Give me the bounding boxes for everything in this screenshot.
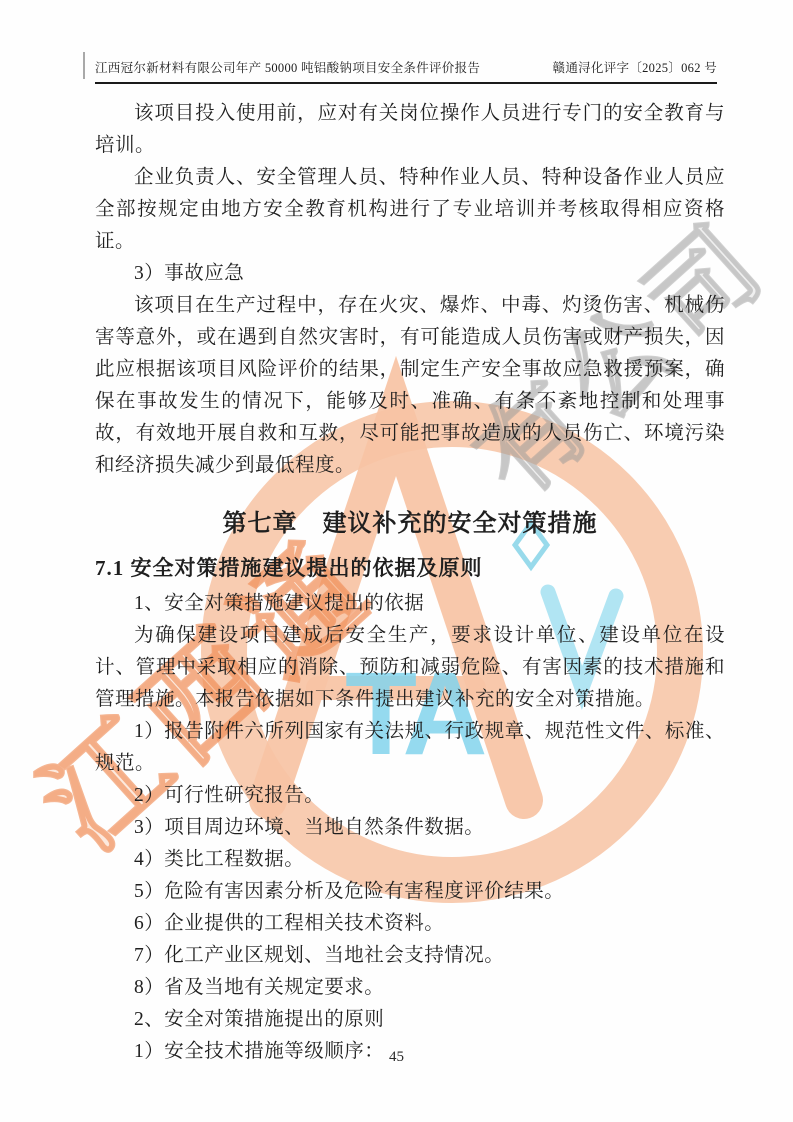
paragraph: 企业负责人、安全管理人员、特种作业人员、特种设备作业人员应全部按规定由地方安全教… [95, 162, 725, 258]
chapter-heading: 第七章 建议补充的安全对策措施 [95, 506, 725, 542]
paragraph: 该项目投入使用前，应对有关岗位操作人员进行专门的安全教育与培训。 [95, 98, 725, 162]
paragraph: 为确保建设项目建成后安全生产，要求设计单位、建设单位在设计、管理中采取相应的消除… [95, 620, 725, 716]
page-number: 45 [0, 1049, 793, 1066]
section-heading: 7.1 安全对策措施建议提出的依据及原则 [95, 552, 725, 584]
paragraph: 2、安全对策措施提出的原则 [95, 1004, 725, 1036]
paragraph: 1）报告附件六所列国家有关法规、行政规章、规范性文件、标准、规范。 [95, 716, 725, 780]
paragraph: 2）可行性研究报告。 [95, 780, 725, 812]
paragraph: 7）化工产业区规划、当地社会支持情况。 [95, 940, 725, 972]
page-header: 江西冠尔新材料有限公司年产 50000 吨铝酸钠项目安全条件评价报告 赣通浔化评… [95, 58, 717, 84]
paragraph: 5）危险有害因素分析及危险有害程度评价结果。 [95, 876, 725, 908]
scan-edge-tick [83, 52, 85, 79]
paragraph: 1、安全对策措施建议提出的依据 [95, 588, 725, 620]
paragraph: 3）项目周边环境、当地自然条件数据。 [95, 812, 725, 844]
paragraph: 3）事故应急 [95, 258, 725, 290]
header-right-text: 赣通浔化评字〔2025〕062 号 [553, 58, 717, 76]
header-left-text: 江西冠尔新材料有限公司年产 50000 吨铝酸钠项目安全条件评价报告 [95, 58, 480, 76]
document-page: TA 江西通 有公司 江西冠尔新材料有限公司年产 50000 吨铝酸钠项目安全条… [0, 0, 793, 1122]
paragraph: 6）企业提供的工程相关技术资料。 [95, 908, 725, 940]
paragraph: 8）省及当地有关规定要求。 [95, 972, 725, 1004]
paragraph: 该项目在生产过程中，存在火灾、爆炸、中毒、灼烫伤害、机械伤害等意外，或在遇到自然… [95, 290, 725, 482]
paragraph: 4）类比工程数据。 [95, 844, 725, 876]
document-body: 该项目投入使用前，应对有关岗位操作人员进行专门的安全教育与培训。企业负责人、安全… [95, 98, 725, 1068]
